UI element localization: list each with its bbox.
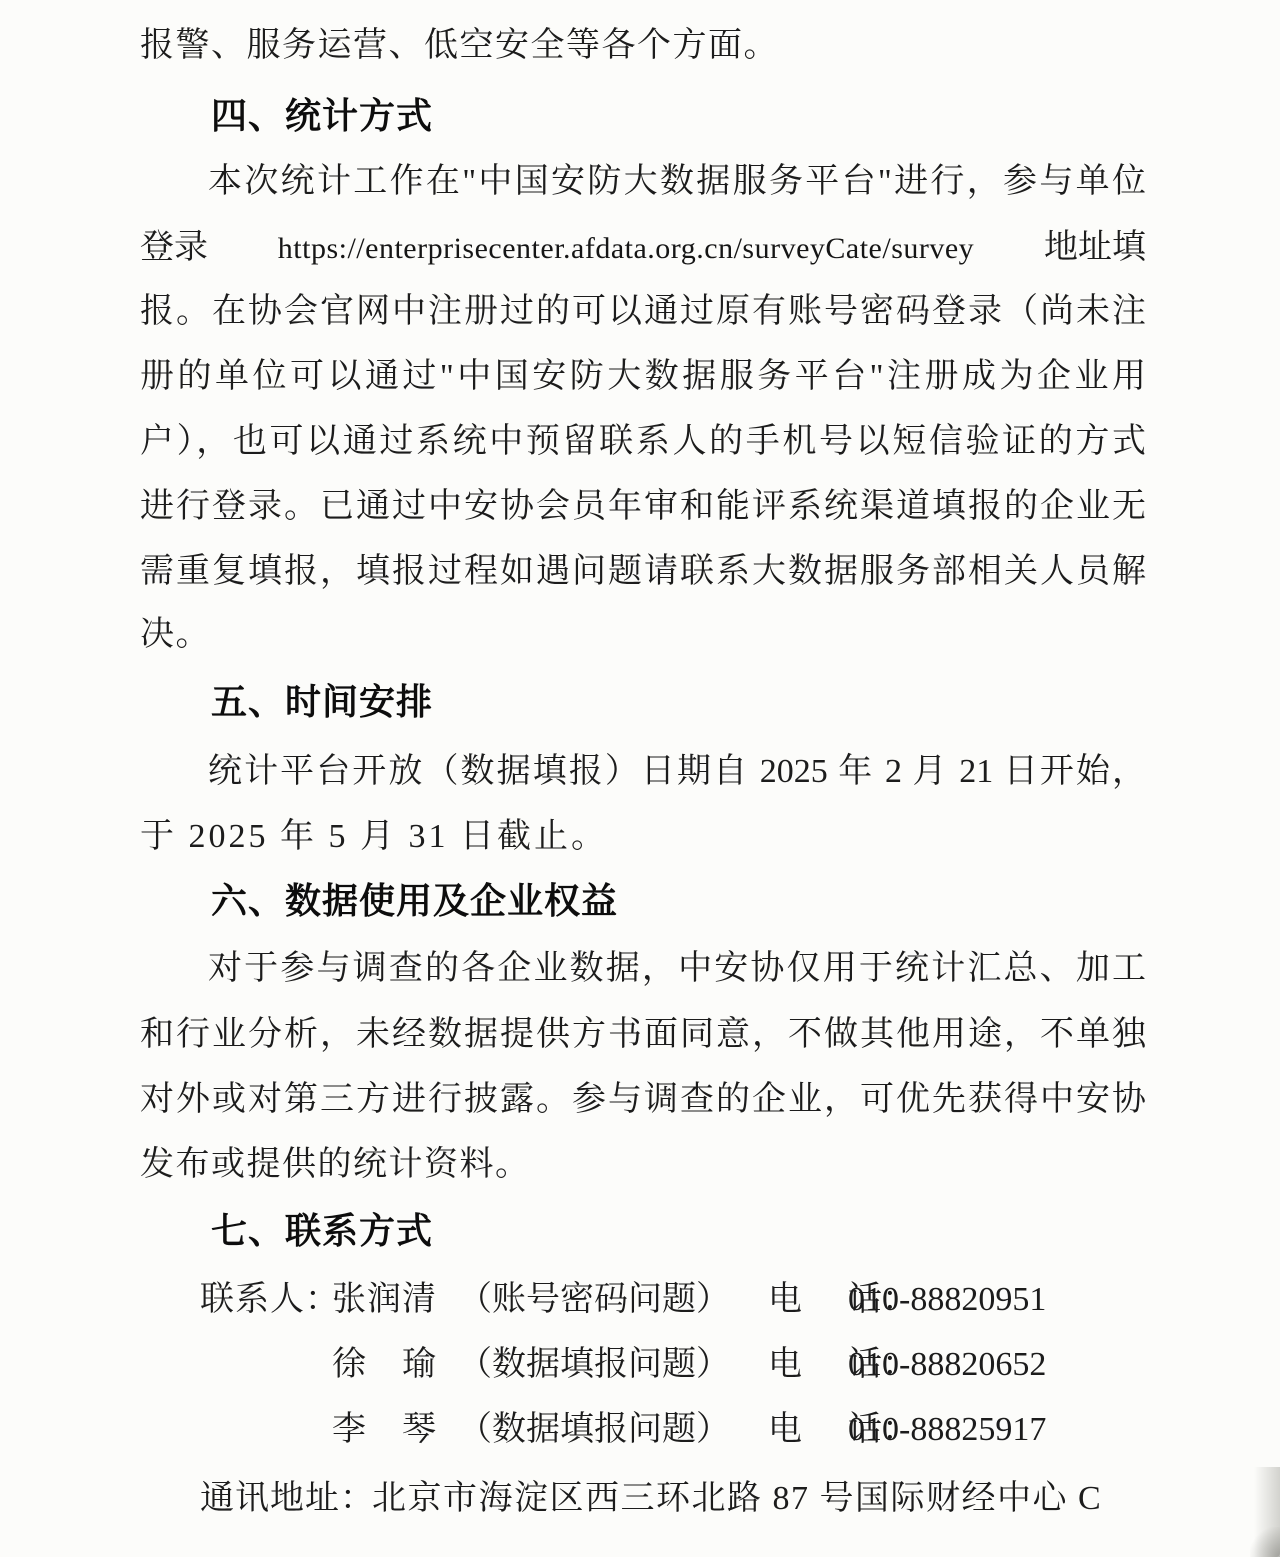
- phone-value: 010-88820652: [848, 1342, 1046, 1388]
- url-line-suffix: 地址填: [1044, 226, 1146, 270]
- body-line: 对外或对第三方进行披露。参与调查的企业，可优先获得中安协: [140, 1078, 1146, 1122]
- phone-label: 电: [768, 1407, 802, 1453]
- body-line: 本次统计工作在"中国安防大数据服务平台"进行，参与单位: [140, 160, 1146, 204]
- body-line: 决。: [140, 613, 1146, 657]
- contact-label: 联系人：: [200, 1277, 340, 1323]
- body-line: 统计平台开放（数据填报）日期自 2025 年 2 月 21 日开始，: [140, 750, 1146, 794]
- phone-value: 010-88820951: [848, 1277, 1046, 1323]
- scan-corner-artifact: [1250, 1527, 1280, 1557]
- contact-row: 徐 瑜 （数据填报问题） 电 话：010-88820652: [0, 1342, 1280, 1388]
- body-line: 对于参与调查的各企业数据，中安协仅用于统计汇总、加工: [140, 947, 1146, 991]
- section-heading-6: 六、数据使用及企业权益: [211, 879, 618, 923]
- contact-note: （数据填报问题）: [458, 1407, 730, 1453]
- address-row: 通讯地址： 北京市海淀区西三环北路 87 号国际财经中心 C: [0, 1476, 1280, 1522]
- body-line: 发布或提供的统计资料。: [140, 1143, 1146, 1187]
- url-line-prefix: 登录: [140, 226, 208, 270]
- contact-name: 徐 瑜: [332, 1342, 437, 1388]
- body-line: 进行登录。已通过中安协会员年审和能评系统渠道填报的企业无: [140, 485, 1146, 529]
- body-line: 需重复填报，填报过程如遇问题请联系大数据服务部相关人员解: [140, 550, 1146, 594]
- body-line: 册的单位可以通过"中国安防大数据服务平台"注册成为企业用: [140, 355, 1146, 399]
- body-line: 报警、服务运营、低空安全等各个方面。: [140, 24, 1146, 68]
- contact-note: （账号密码问题）: [458, 1277, 730, 1323]
- section-heading-7: 七、联系方式: [211, 1209, 433, 1253]
- contact-row: 联系人： 张润清 （账号密码问题） 电 话：010-88820951: [0, 1277, 1280, 1323]
- body-line: 和行业分析，未经数据提供方书面同意，不做其他用途，不单独: [140, 1013, 1146, 1057]
- section-heading-5: 五、时间安排: [211, 680, 433, 724]
- phone-label: 电: [768, 1342, 802, 1388]
- address-label: 通讯地址：: [200, 1476, 375, 1522]
- body-line: 报。在协会官网中注册过的可以通过原有账号密码登录（尚未注: [140, 290, 1146, 334]
- contact-note: （数据填报问题）: [458, 1342, 730, 1388]
- scanned-document-page: 报警、服务运营、低空安全等各个方面。 四、统计方式 本次统计工作在"中国安防大数…: [0, 0, 1280, 1557]
- body-line: 于 2025 年 5 月 31 日截止。: [140, 815, 1146, 859]
- survey-url: https://enterprisecenter.afdata.org.cn/s…: [278, 227, 974, 271]
- section-heading-4: 四、统计方式: [211, 94, 433, 138]
- phone-label: 电: [768, 1277, 802, 1323]
- contact-name: 张润清: [332, 1277, 437, 1323]
- url-line: 登录 https://enterprisecenter.afdata.org.c…: [140, 226, 1146, 270]
- phone-value: 010-88825917: [848, 1407, 1046, 1453]
- address-value: 北京市海淀区西三环北路 87 号国际财经中心 C: [372, 1476, 1102, 1522]
- contact-row: 李 琴 （数据填报问题） 电 话：010-88825917: [0, 1407, 1280, 1453]
- contact-name: 李 琴: [332, 1407, 437, 1453]
- body-line: 户），也可以通过系统中预留联系人的手机号以短信验证的方式: [140, 420, 1146, 464]
